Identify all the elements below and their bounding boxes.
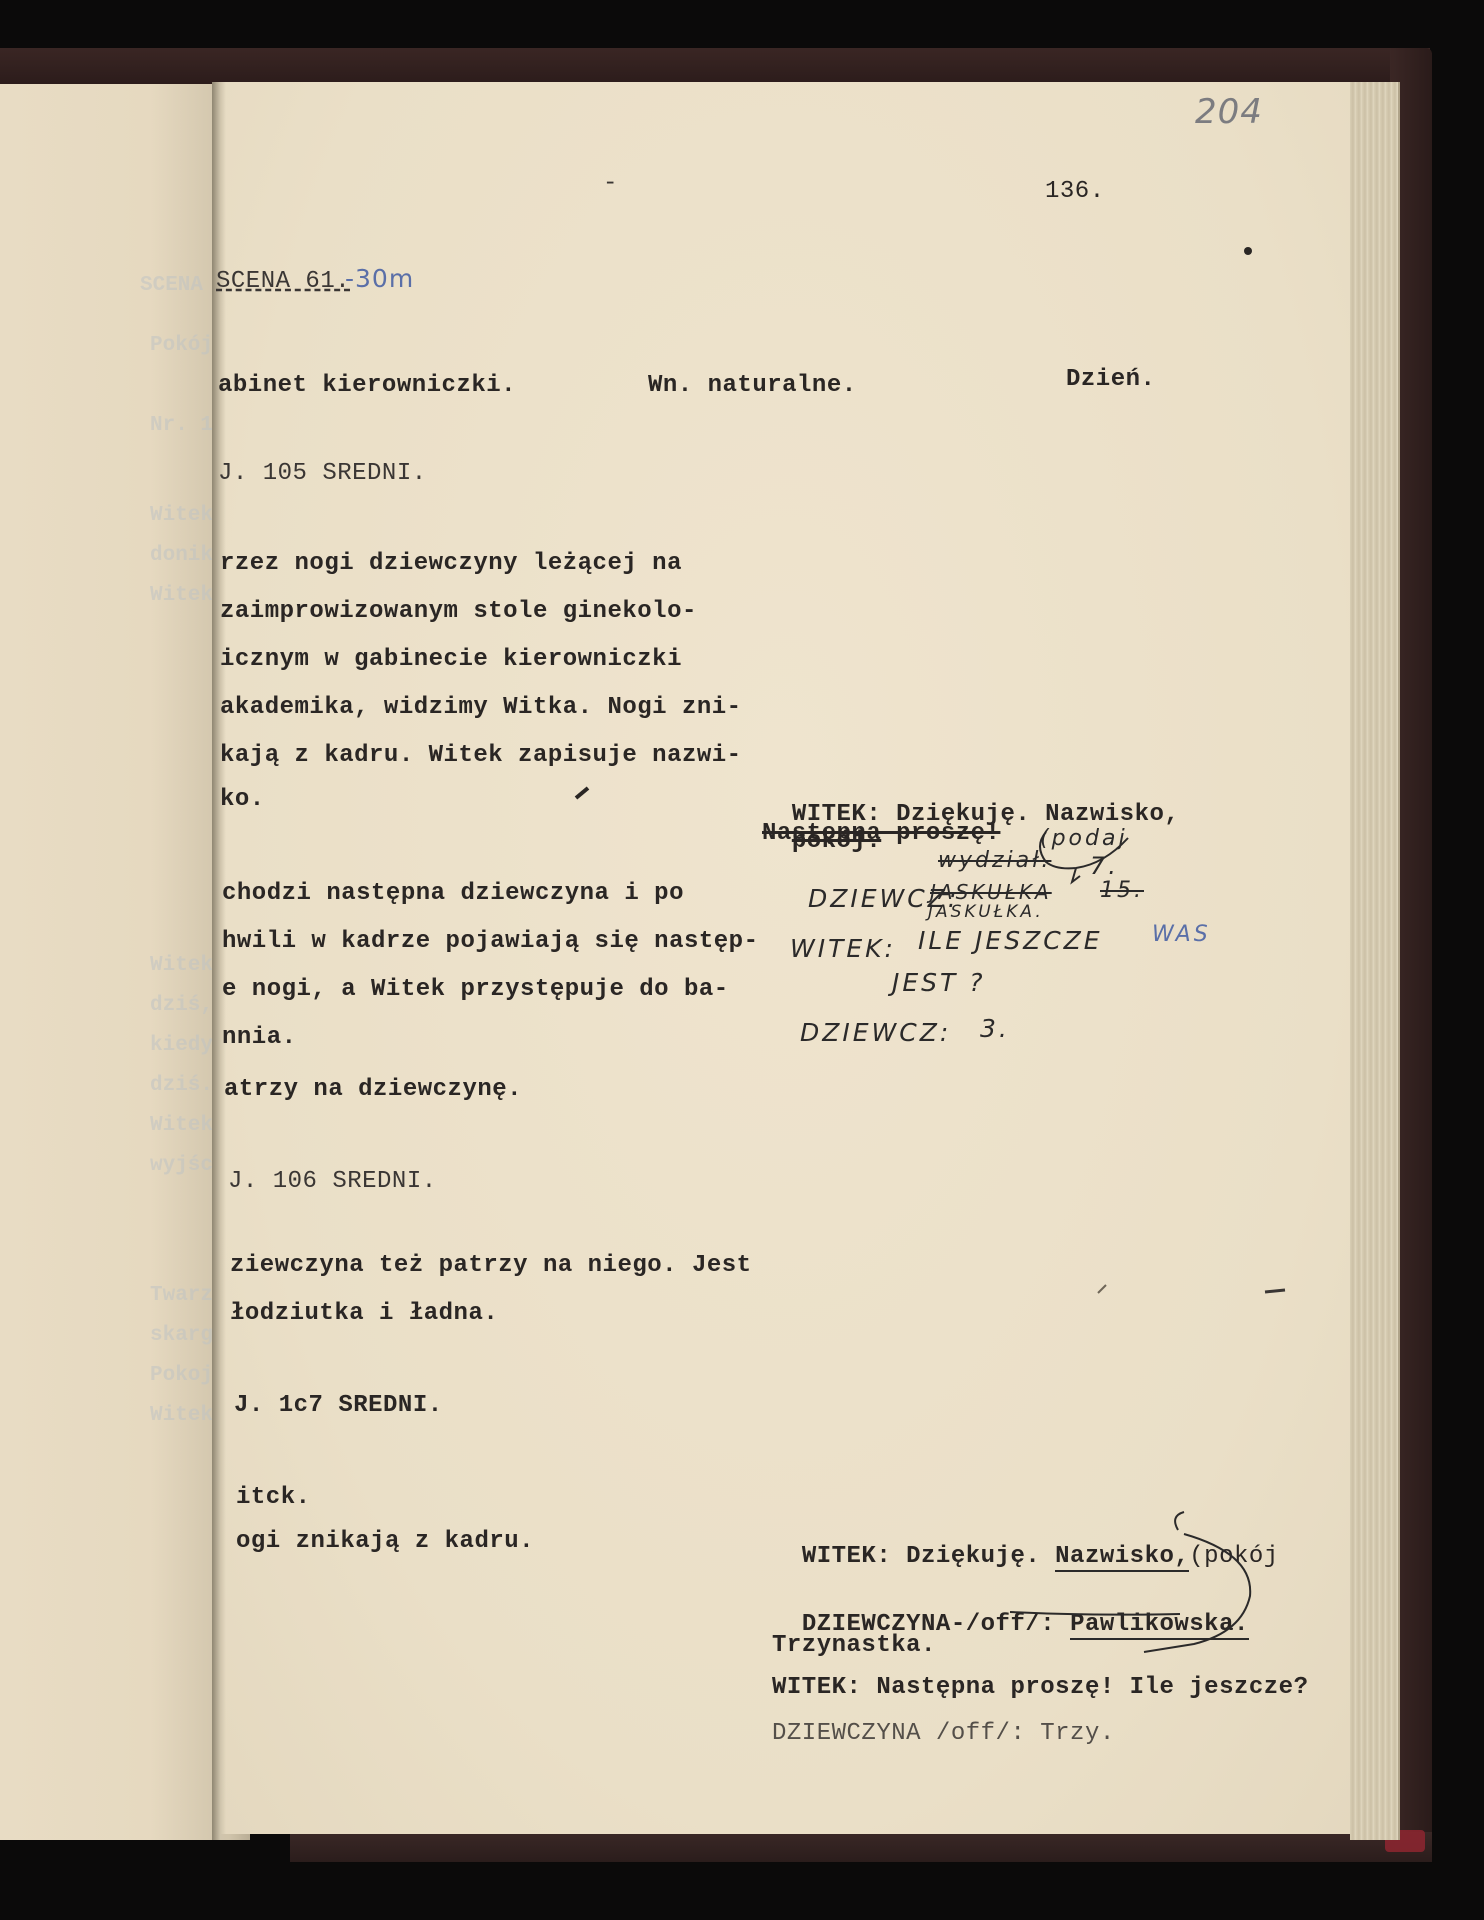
shot-label: J. 105 SREDNI. <box>218 460 427 487</box>
handwritten-duration: -30m <box>345 264 414 293</box>
shot-label: J. 106 SREDNI. <box>228 1168 437 1195</box>
action-line: łodziutka i ładna. <box>230 1300 498 1327</box>
shot-label: J. 1c7 SREDNI. <box>234 1392 443 1419</box>
gutter-shadow <box>212 82 226 1840</box>
handwritten-number-struck: 15. <box>1100 878 1144 903</box>
archive-page-number: 204 <box>1195 92 1263 132</box>
dialogue-text: WITEK: Dziękuję. <box>802 1543 1055 1570</box>
underlined-text: Pawlikowska. <box>1070 1611 1249 1640</box>
dialogue-line: DZIEWCZYNA-/off/: Pawlikowska. <box>772 1584 1249 1638</box>
left-page-ghost-text: SCENA 6.. Pokój ... Nr. 108 ... Witek w … <box>0 84 200 1840</box>
handwritten-insert: (podaj <box>1040 826 1128 851</box>
action-line: rzez nogi dziewczyny leżącej na <box>220 550 682 577</box>
action-line: ogi znikają z kadru. <box>236 1528 534 1555</box>
scene-time-of-day: Dzień. <box>1066 366 1155 393</box>
scene-heading: SCENA 61. <box>216 268 350 295</box>
dialogue-line: Trzynastka. <box>772 1632 936 1659</box>
handwritten-speaker: WITEK: <box>790 934 896 963</box>
header-dash: - <box>603 170 618 197</box>
book-cover-top-edge <box>0 48 1430 84</box>
action-line: chodzi następna dziewczyna i po <box>222 880 684 907</box>
action-line: akademika, widzimy Witka. Nogi zni- <box>220 694 742 721</box>
page-number: 136. <box>1045 178 1105 205</box>
handwritten-insert: wydział. <box>938 848 1051 873</box>
scene-location: abinet kierowniczki. <box>218 372 516 399</box>
dialogue-line: WITEK: Dziękuję. Nazwisko,(pokój <box>772 1516 1279 1570</box>
action-line: e nogi, a Witek przystępuje do ba- <box>222 976 729 1003</box>
book-cover-bottom-edge <box>290 1832 1432 1862</box>
underlined-text: Nazwisko, <box>1055 1543 1189 1572</box>
scene-interior: Wn. naturalne. <box>648 372 857 399</box>
dialogue-line: WITEK: Następna proszę! Ile jeszcze? <box>772 1674 1308 1701</box>
handwritten-struck-name: JASKUŁKA <box>930 880 1052 904</box>
action-line: nnia. <box>222 1024 297 1051</box>
struck-dialogue-line: Następna proszę! <box>762 820 1000 847</box>
page-block-edges <box>1350 82 1400 1840</box>
action-line: atrzy na dziewczynę. <box>224 1076 522 1103</box>
handwritten-name: JASKUŁKA. <box>928 902 1044 922</box>
handwritten-dialogue: JEST ? <box>892 968 986 997</box>
handwritten-dialogue: ILE JESZCZE <box>918 926 1103 955</box>
action-line: hwili w kadrze pojawiają się następ- <box>222 928 758 955</box>
action-line: itck. <box>236 1484 311 1511</box>
handwritten-dialogue: WAS <box>1152 922 1211 947</box>
handwritten-number: 7. <box>1090 852 1119 880</box>
dialogue-line: DZIEWCZYNA /off/: Trzy. <box>772 1720 1115 1747</box>
ghost-line: dziś. <box>150 1074 213 1097</box>
action-line: ko. <box>220 786 265 813</box>
action-line: zaimprowizowanym stole ginekolo- <box>220 598 697 625</box>
handwritten-answer: 3. <box>980 1014 1010 1043</box>
handwritten-speaker: DZIEWCZ: <box>800 1018 951 1047</box>
action-line: kają z kadru. Witek zapisuje nazwi- <box>220 742 742 769</box>
bracketed-text: (pokój <box>1189 1543 1278 1570</box>
action-line: icznym w gabinecie kierowniczki <box>220 646 682 673</box>
action-line: ziewczyna też patrzy na niego. Jest <box>230 1252 752 1279</box>
